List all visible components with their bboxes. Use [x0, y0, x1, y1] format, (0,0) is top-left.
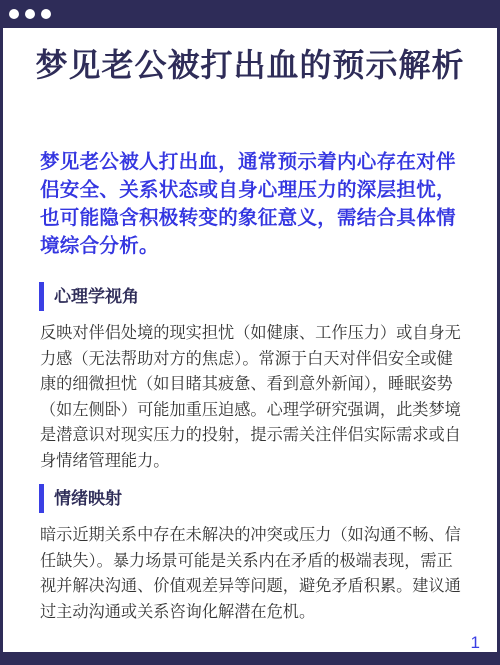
content-panel: 梦见老公被打出血的预示解析 梦见老公被人打出血，通常预示着内心存在对伴侣安全、关…	[3, 28, 497, 652]
intro-summary: 梦见老公被人打出血，通常预示着内心存在对伴侣安全、关系状态或自身心理压力的深层担…	[40, 148, 465, 260]
window-dot-icon	[25, 9, 35, 19]
window-dot-icon	[41, 9, 51, 19]
section-body-psychology: 反映对伴侣处境的现实担忧（如健康、工作压力）或自身无力感（无法帮助对方的焦虑）。…	[40, 320, 467, 473]
page-title: 梦见老公被打出血的预示解析	[3, 42, 497, 88]
section-accent-bar	[39, 282, 44, 311]
section-title: 心理学视角	[54, 284, 139, 310]
window-dot-icon	[9, 9, 19, 19]
section-body-emotion: 暗示近期关系中存在未解决的冲突或压力（如沟通不畅、信任缺失）。暴力场景可能是关系…	[40, 522, 467, 624]
window-title-bar	[0, 0, 500, 28]
page-number: 1	[471, 633, 480, 653]
section-title: 情绪映射	[54, 486, 122, 512]
section-accent-bar	[39, 484, 44, 513]
